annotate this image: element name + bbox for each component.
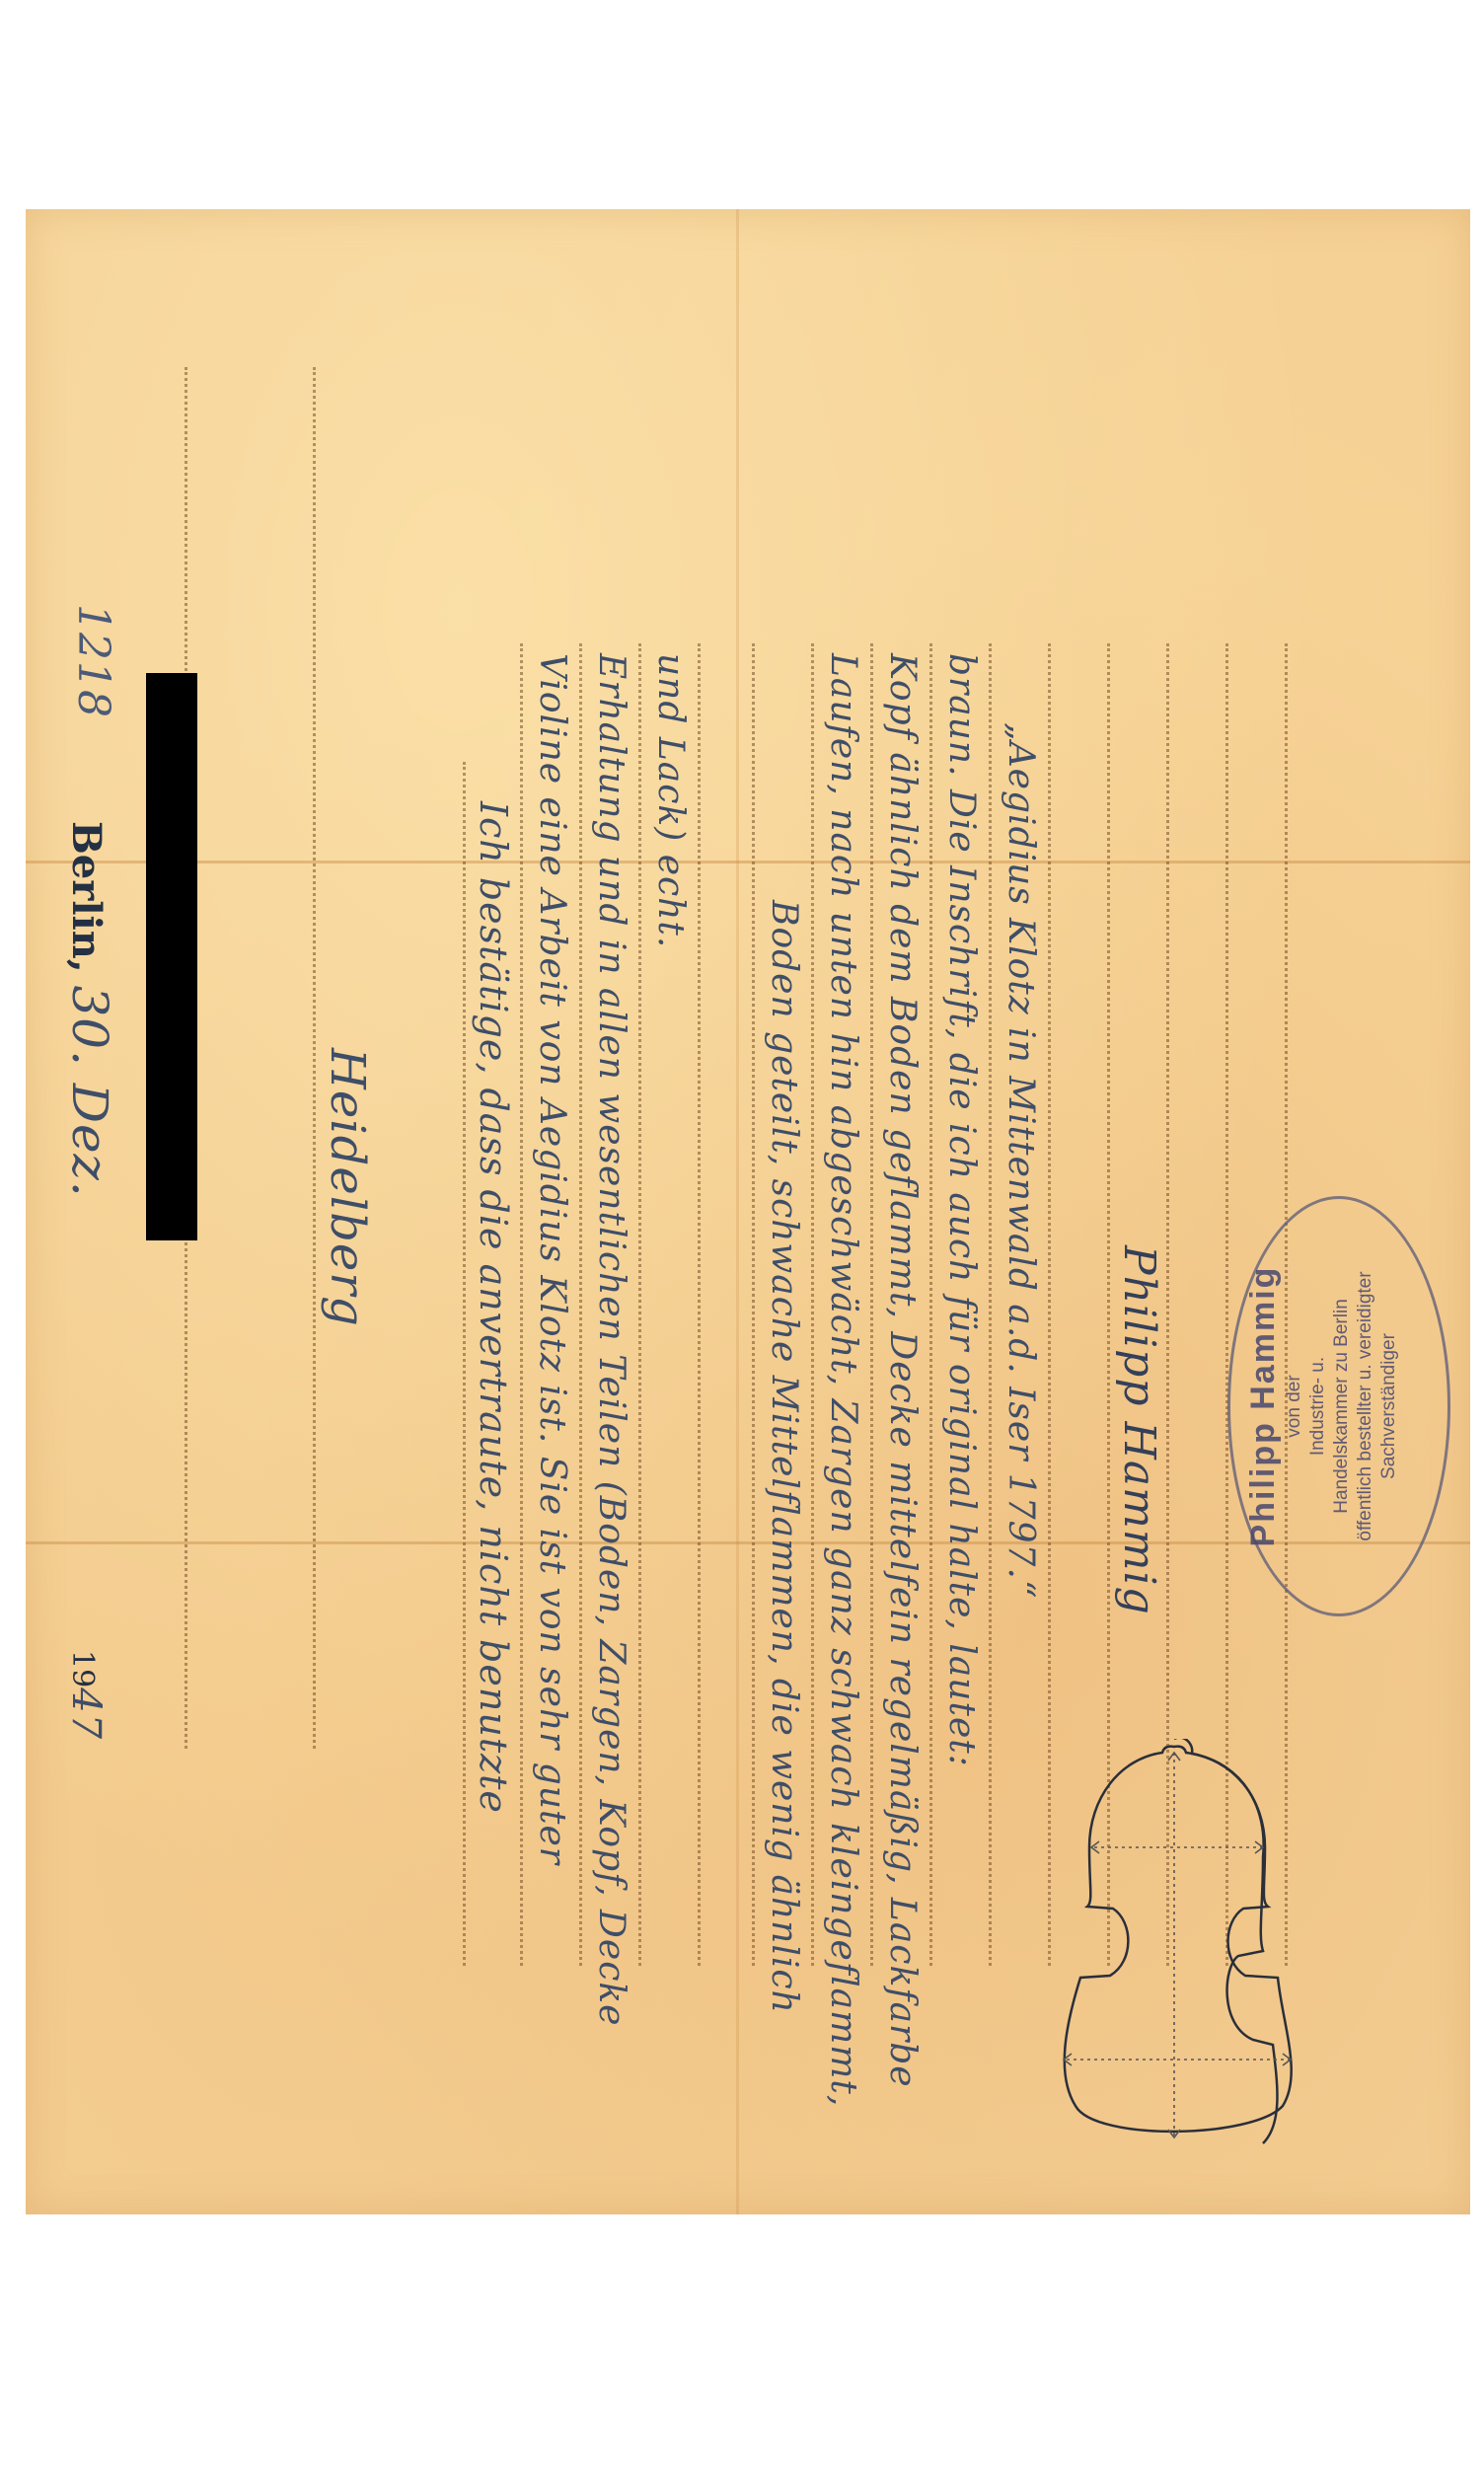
letter-content: 1218 Berlin, 30. Dez. 1947 Heidelberg Ic… xyxy=(26,209,1470,2214)
redaction-bar xyxy=(146,673,197,1240)
header-number: 1218 xyxy=(68,604,118,718)
body-line: Violine eine Arbeit von Aegidius Klotz i… xyxy=(532,653,572,1865)
recipient-city: Heidelberg xyxy=(320,1048,375,1327)
dotted-rule xyxy=(579,643,582,1966)
body-line: Ich bestätige, dass die anvertraute, nic… xyxy=(472,801,515,1814)
body-line: Erhaltung und in allen wesentlichen Teil… xyxy=(591,653,631,2026)
body-line: „Aegidius Klotz in Mittenwald a.d. Iser … xyxy=(1001,722,1041,1599)
handwritten-date: 30. Dez. xyxy=(61,985,118,1197)
dotted-rule xyxy=(520,643,523,1966)
body-line: braun. Die Inschrift, die ich auch für o… xyxy=(941,653,982,1767)
printed-place: Berlin, xyxy=(63,821,110,973)
dotted-rule xyxy=(752,643,755,1966)
stamp-name: Philipp Hammig xyxy=(1244,1199,1283,1613)
signature: Philipp Hammig xyxy=(1114,1245,1164,1615)
year-prefix: 19 xyxy=(65,1650,100,1687)
year: 1947 xyxy=(63,1650,109,1740)
dotted-rule xyxy=(463,762,466,1966)
dotted-rule xyxy=(638,643,641,1966)
dotted-rule xyxy=(929,643,932,1966)
violin-outline-diagram xyxy=(1036,1739,1322,2153)
dotted-rule xyxy=(811,643,814,1966)
stamp-line: Handelskammer zu Berlin xyxy=(1330,1199,1354,1613)
body-line: Boden geteilt, schwache Mittelflammen, d… xyxy=(764,900,804,2014)
certificate-paper: 1218 Berlin, 30. Dez. 1947 Heidelberg Ic… xyxy=(26,209,1470,2214)
dotted-rule xyxy=(989,643,992,1966)
stamp-line: öffentlich bestellter u. vereidigter xyxy=(1354,1199,1377,1613)
body-line: Laufen, nach unten hin abgeschwächt, Zar… xyxy=(823,653,863,2107)
dotted-rule xyxy=(870,643,873,1966)
stamp-line: von der xyxy=(1283,1199,1306,1613)
dotted-rule xyxy=(698,643,701,1966)
dotted-rule xyxy=(313,367,316,1749)
place-date: Berlin, 30. Dez. xyxy=(61,821,118,1198)
stamp-line: Sachverständiger xyxy=(1377,1199,1401,1613)
body-line: und Lack) echt. xyxy=(650,653,691,948)
stamp-line: Industrie- u. xyxy=(1306,1199,1330,1613)
year-handwritten: 47 xyxy=(63,1687,109,1740)
body-line: Kopf ähnlich dem Boden geflammt, Decke m… xyxy=(882,653,923,2088)
expert-stamp: Philipp Hammig von der Industrie- u. Han… xyxy=(1227,1196,1450,1616)
